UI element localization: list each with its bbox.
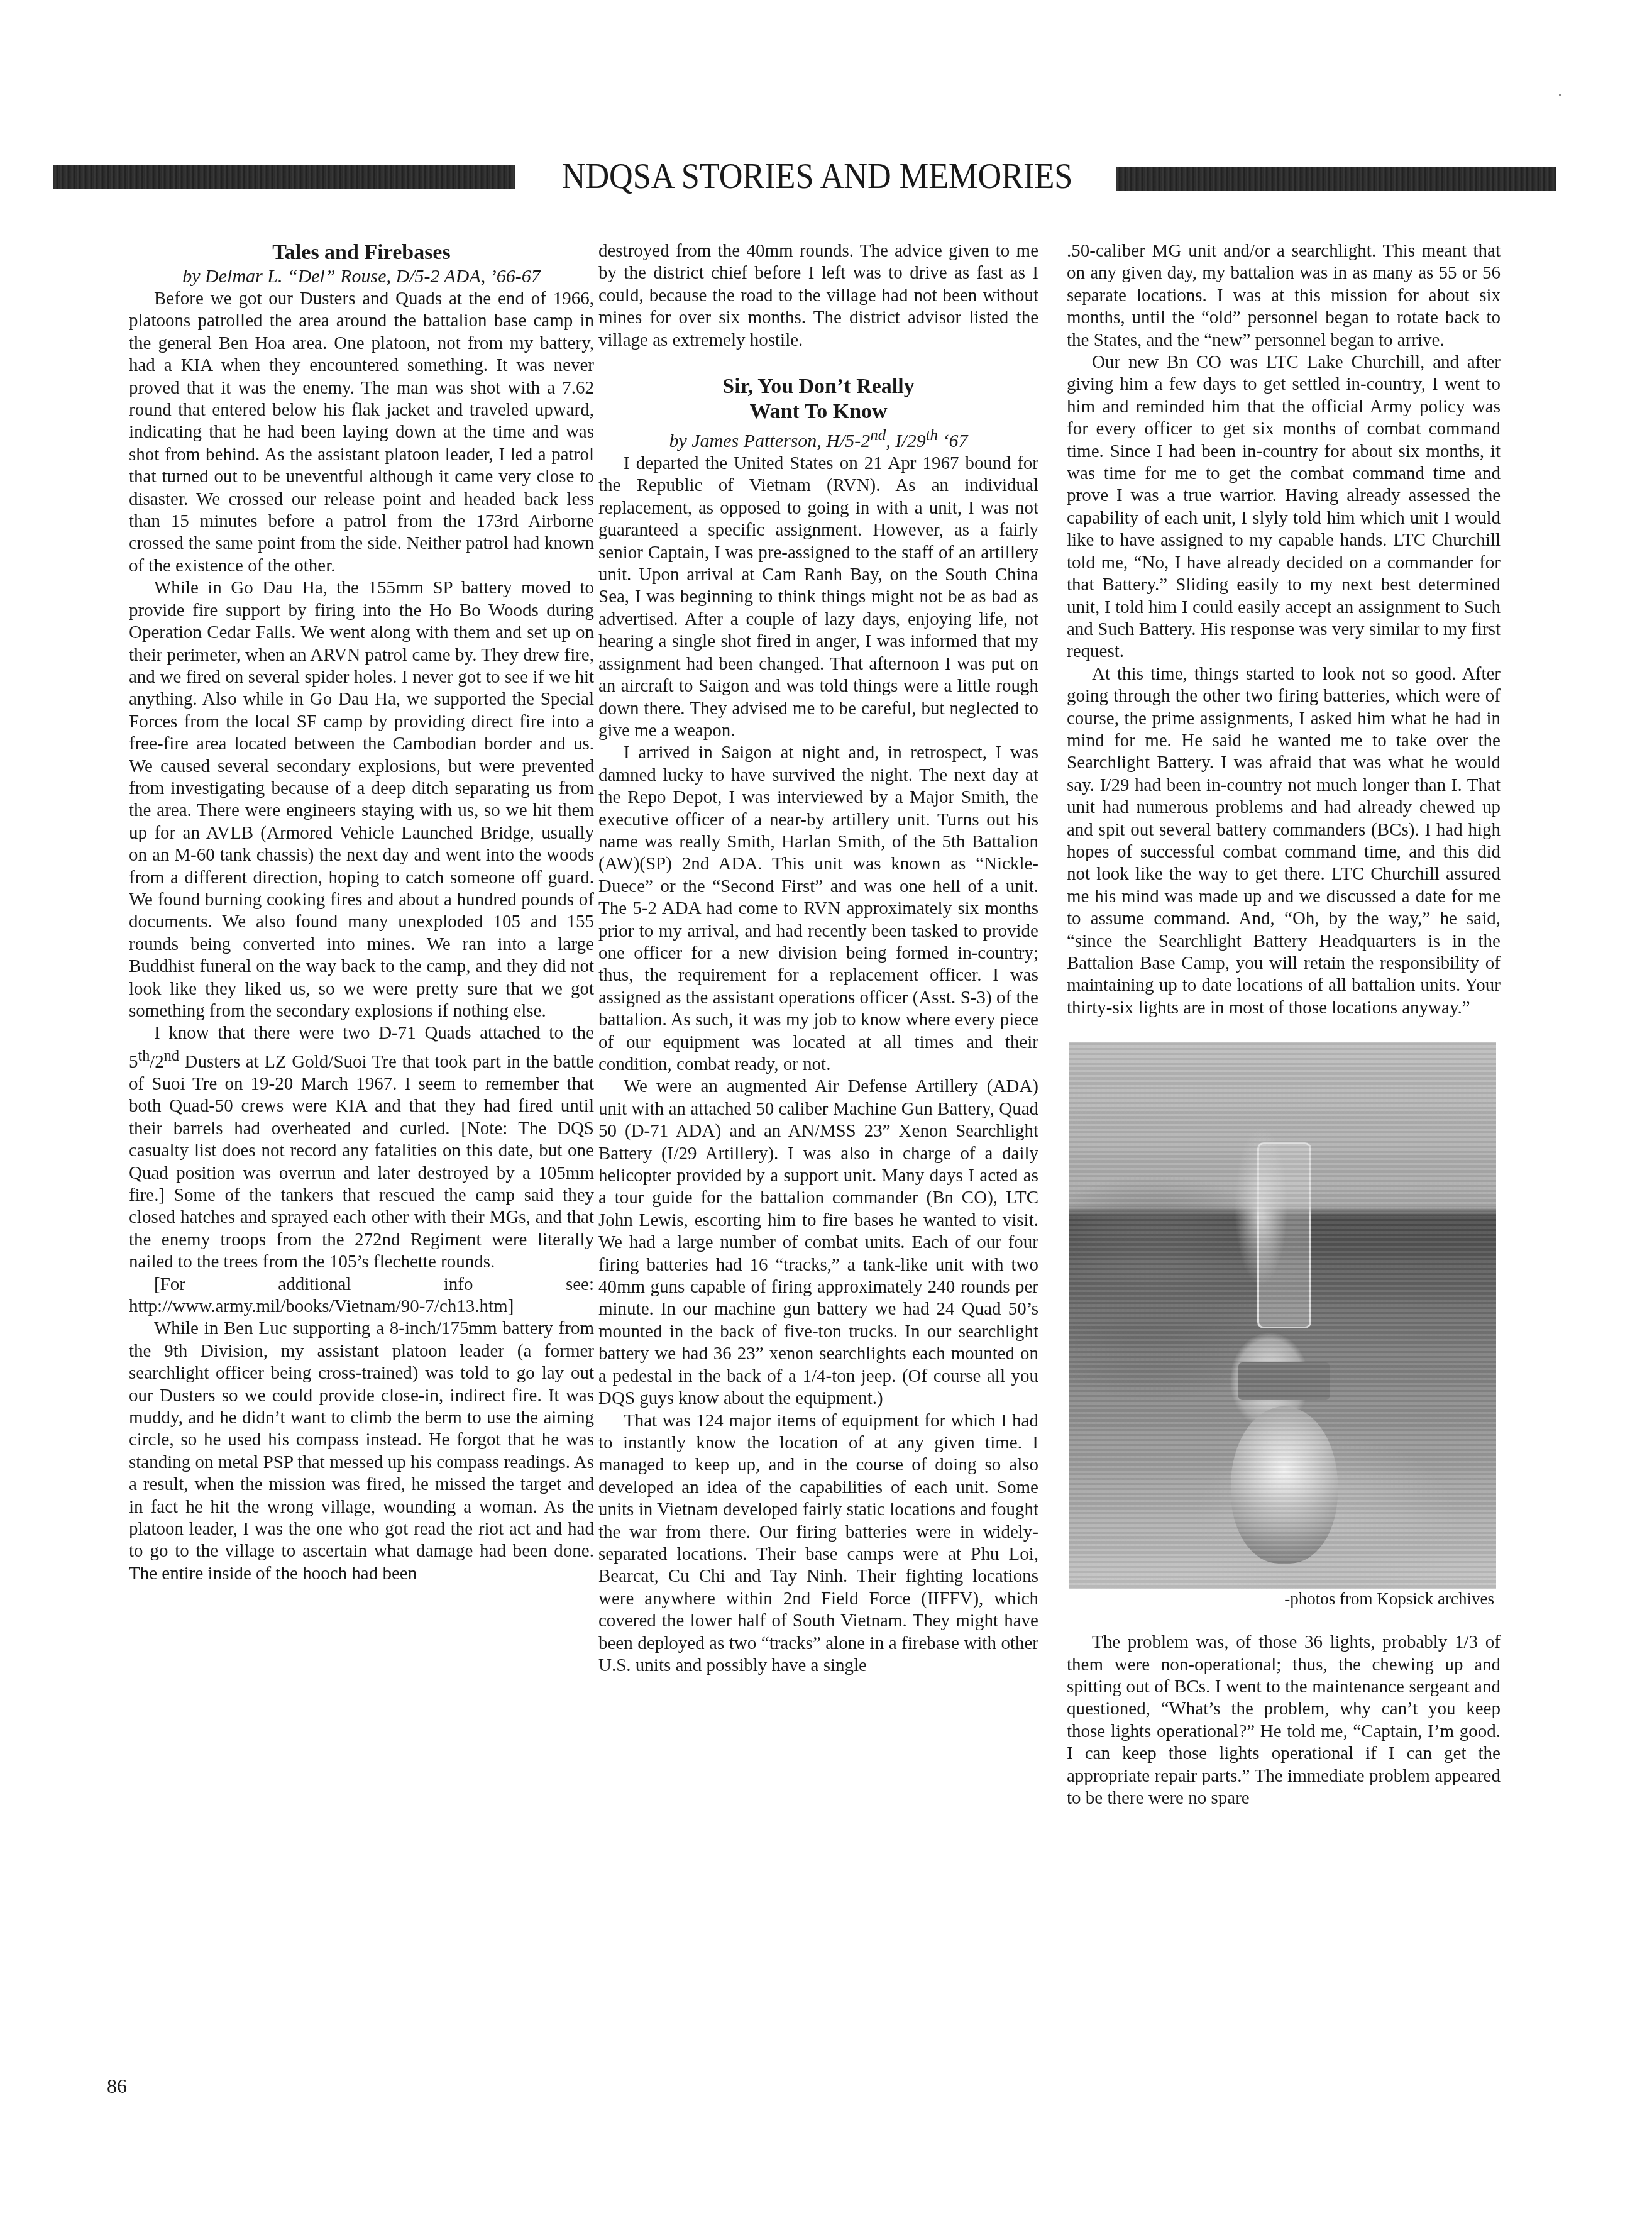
paragraph: The problem was, of those 36 lights, pro…: [1067, 1631, 1501, 1809]
column-left: Tales and Firebases by Delmar L. “Del” R…: [129, 240, 594, 1585]
paragraph: Before we got our Dusters and Quads at t…: [129, 288, 594, 577]
column-middle: destroyed from the 40mm rounds. The advi…: [598, 240, 1038, 1677]
paragraph: I know that there were two D-71 Quads at…: [129, 1022, 594, 1273]
paragraph: That was 124 major items of equipment fo…: [598, 1410, 1038, 1677]
scan-speck: [1559, 94, 1561, 96]
paragraph: I departed the United States on 21 Apr 1…: [598, 453, 1038, 742]
section-title: NDQSA STORIES AND MEMORIES: [551, 156, 1083, 196]
paragraph-continued: .50-caliber MG unit and/or a searchlight…: [1067, 240, 1501, 351]
searchlight-photo: [1069, 1042, 1496, 1589]
lamp-band: [1238, 1362, 1330, 1400]
paragraph: While in Ben Luc supporting a 8-inch/175…: [129, 1318, 594, 1585]
paragraph: At this time, things started to look not…: [1067, 663, 1501, 1020]
article-title-sir-you-dont-really-want-to-know: Sir, You Don’t Really Want To Know: [598, 374, 1038, 424]
header-bar-left: [53, 165, 515, 189]
lamp-bulb: [1231, 1406, 1338, 1564]
photo-caption: -photos from Kopsick archives: [1067, 1589, 1494, 1609]
header-bar-right: [1116, 167, 1556, 191]
reference-link-paragraph: [For additional info see: http://www.arm…: [129, 1274, 594, 1318]
paragraph-continued: destroyed from the 40mm rounds. The advi…: [598, 240, 1038, 351]
page-number: 86: [107, 2075, 127, 2097]
column-right: .50-caliber MG unit and/or a searchlight…: [1067, 240, 1501, 1809]
xenon-lamp-tube: [1257, 1142, 1311, 1328]
paragraph: Our new Bn CO was LTC Lake Churchill, an…: [1067, 351, 1501, 663]
article-title-tales-and-firebases: Tales and Firebases: [129, 240, 594, 265]
article-byline-rouse: by Delmar L. “Del” Rouse, D/5-2 ADA, ’66…: [129, 265, 594, 288]
paragraph: We were an augmented Air Defense Artille…: [598, 1076, 1038, 1410]
article-byline-patterson: by James Patterson, H/5-2nd, I/29th ‘67: [598, 424, 1038, 453]
paragraph: I arrived in Saigon at night and, in ret…: [598, 742, 1038, 1076]
paragraph: While in Go Dau Ha, the 155mm SP battery…: [129, 577, 594, 1022]
